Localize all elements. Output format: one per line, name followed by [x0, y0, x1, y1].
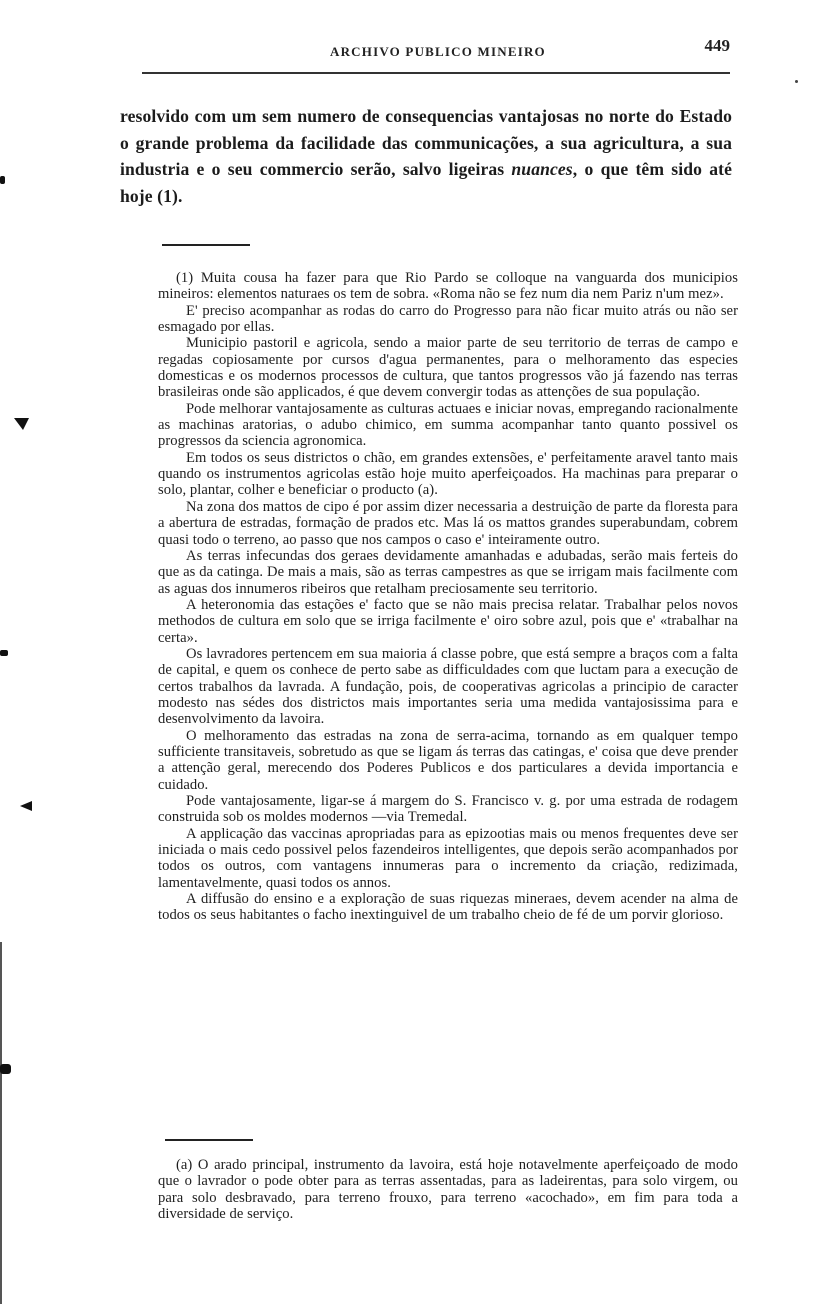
footnote-paragraph: (a) O arado principal, instrumento da la… — [158, 1157, 738, 1222]
page-edge-line — [0, 942, 2, 1304]
footnote-paragraph: Municipio pastoril e agricola, sendo a m… — [158, 335, 738, 400]
footnote-paragraph: A applicação das vaccinas apropriadas pa… — [158, 826, 738, 891]
footnote-paragraph: Os lavradores pertencem em sua maioria á… — [158, 646, 738, 728]
margin-ink-mark — [0, 1064, 11, 1074]
footnote-paragraph: Em todos os seus districtos o chão, em g… — [158, 450, 738, 499]
footnote-separator — [162, 244, 250, 246]
footnote-paragraph: E' preciso acompanhar as rodas do carro … — [158, 303, 738, 336]
footnote-separator — [165, 1139, 253, 1141]
footnote-paragraph: O melhoramento das estradas na zona de s… — [158, 728, 738, 793]
page-number: 449 — [705, 36, 731, 56]
footnote-paragraph: Pode vantajosamente, ligar-se á margem d… — [158, 793, 738, 826]
margin-arrow-mark — [20, 801, 32, 811]
footnote-a: (a) O arado principal, instrumento da la… — [158, 1157, 738, 1222]
footnote-paragraph: (1) Muita cousa ha fazer para que Rio Pa… — [158, 270, 738, 303]
footnote-paragraph: Na zona dos mattos de cipo é por assim d… — [158, 499, 738, 548]
footnote-paragraph: As terras infecundas dos geraes devidame… — [158, 548, 738, 597]
page-header: ARCHIVO PUBLICO MINEIRO 449 — [160, 40, 736, 68]
running-title: ARCHIVO PUBLICO MINEIRO — [330, 44, 546, 60]
main-paragraph: resolvido com um sem numero de consequen… — [120, 103, 732, 209]
header-rule — [142, 72, 730, 74]
footnote-paragraph: A heteronomia das estações e' facto que … — [158, 597, 738, 646]
footnote-paragraph: A diffusão do ensino e a exploração de s… — [158, 891, 738, 924]
margin-arrow-mark — [14, 418, 29, 430]
footnote-1: (1) Muita cousa ha fazer para que Rio Pa… — [158, 270, 738, 924]
margin-ink-mark — [0, 176, 5, 184]
footnote-paragraph: Pode melhorar vantajosamente as culturas… — [158, 401, 738, 450]
scan-speck — [795, 80, 798, 83]
main-italic-word: nuances — [511, 159, 572, 179]
margin-ink-mark — [0, 650, 8, 656]
